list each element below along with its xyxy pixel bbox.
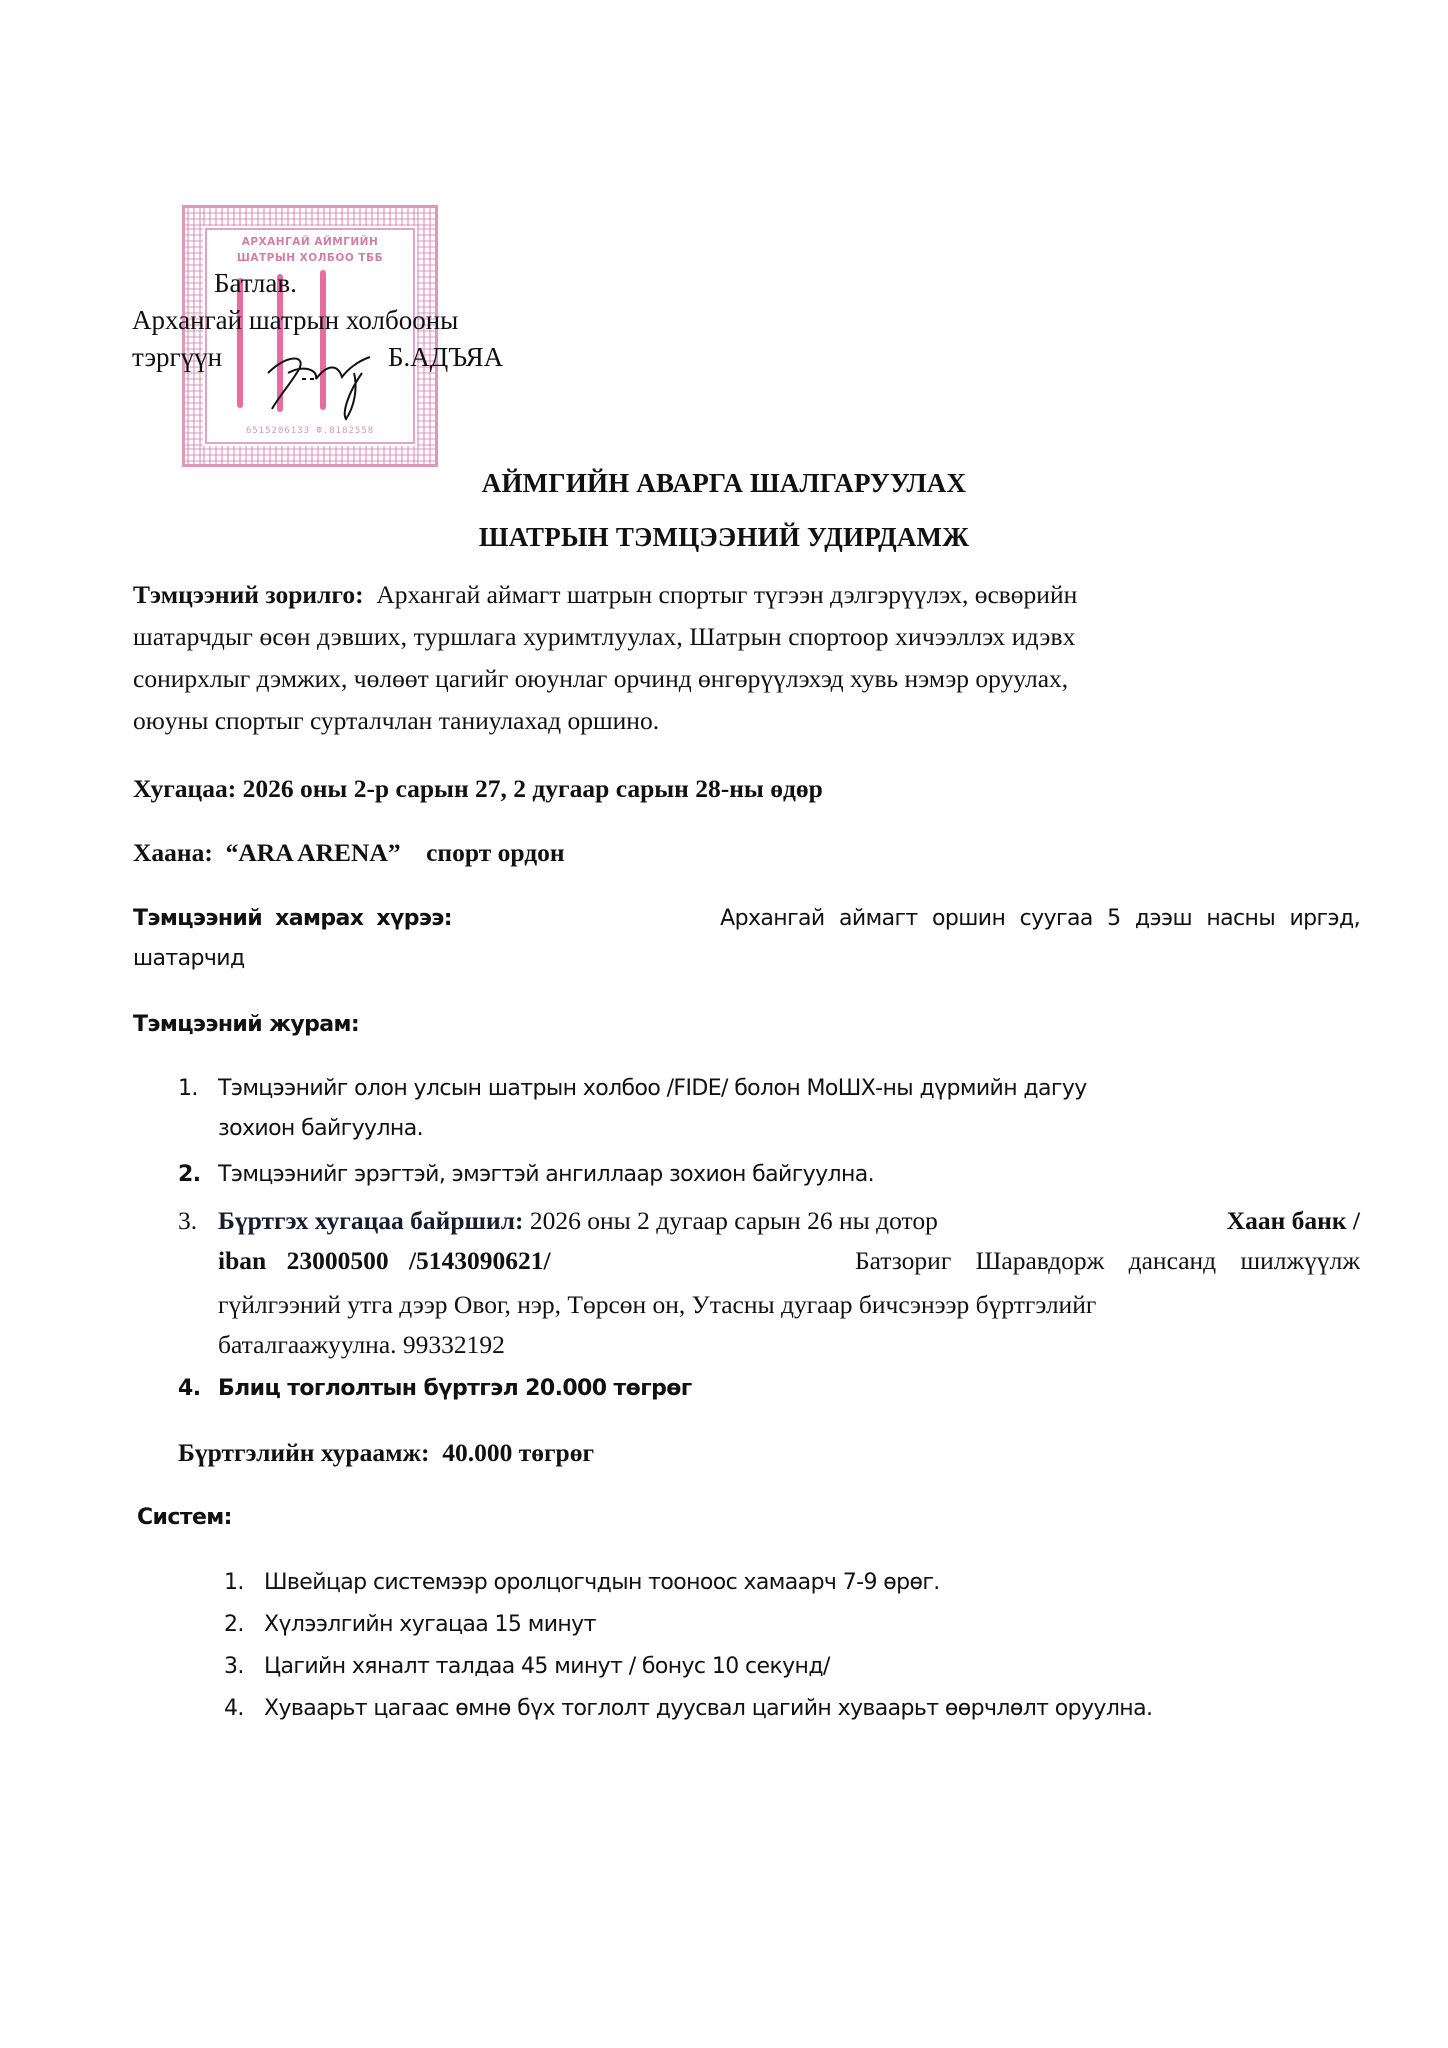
system-item-1-text: Швейцар системээр оролцогчдын тооноос ха… <box>264 1570 940 1595</box>
stamp-text-line2: ШАТРЫН ХОЛБОО ТББ <box>185 252 435 264</box>
iban-number: iban 23000500 /5143090621/ <box>218 1246 551 1276</box>
venue-text: спорт ордон <box>426 838 564 867</box>
procedure-item-3-line4: баталгаажуулна. 99332192 <box>218 1330 505 1360</box>
system-item-3-number: 3. <box>224 1654 244 1679</box>
system-item-4-number: 4. <box>224 1696 244 1721</box>
bank-name: Хаан банк / <box>1227 1206 1360 1236</box>
procedure-item-4-line1: Блиц тоглолтын бүртгэл 20.000 төгрөг <box>218 1376 692 1401</box>
registration-fee-value: 40.000 төгрөг <box>442 1438 594 1467</box>
procedure-item-1-line2: зохион байгуулна. <box>218 1116 423 1141</box>
purpose-label: Тэмцээний зорилго: <box>133 580 364 609</box>
system-item-2-number: 2. <box>224 1612 244 1637</box>
venue-label: Хаана: <box>133 838 213 867</box>
duration-value: 2026 оны 2-р сарын 27, 2 дугаар сарын 28… <box>243 774 823 803</box>
approval-role: тэргүүн <box>132 342 222 373</box>
venue-line: Хаана: “ARA ARENA” спорт ордон <box>133 838 565 868</box>
scope-text-line2: шатарчид <box>133 946 245 971</box>
purpose-text-line1: Архангай аймагт шатрын спортыг түгээн дэ… <box>376 580 1077 609</box>
procedure-item-1-number: 1. <box>178 1076 198 1101</box>
stamp-registration-number: 6515206133 Ф.8182558 <box>185 426 435 436</box>
procedure-item-3-line1: Бүртгэх хугацаа байршил: 2026 оны 2 дуга… <box>218 1206 1360 1236</box>
document-title-line2: ШАТРЫН ТЭМЦЭЭНИЙ УДИРДАМЖ <box>0 522 1448 553</box>
procedure-item-3-line3: гүйлгээний утга дээр Овог, нэр, Төрсөн о… <box>218 1290 1096 1320</box>
system-item-1-number: 1. <box>224 1570 244 1595</box>
scope-line1: Тэмцээний хамрах хүрээ: Архангай аймагт … <box>133 906 1360 931</box>
purpose-text-line4: оюуны спортыг сурталчлан таниулахад орши… <box>133 706 659 736</box>
procedure-item-1-line1: Тэмцээнийг олон улсын шатрын холбоо /FID… <box>218 1076 1087 1101</box>
scope-label: Тэмцээний хамрах хүрээ: <box>133 906 452 931</box>
purpose-text-line2: шатарчдыг өсөн дэвших, туршлага хуримтлу… <box>133 622 1076 652</box>
registration-fee-label: Бүртгэлийн хураамж: <box>178 1438 429 1467</box>
procedure-item-2-number: 2. <box>178 1162 200 1187</box>
approval-organization: Архангай шатрын холбооны <box>132 305 458 336</box>
purpose-line1: Тэмцээний зорилго: Архангай аймагт шатры… <box>133 580 1077 610</box>
system-item-2-text: Хүлээлгийн хугацаа 15 минут <box>264 1612 596 1637</box>
stamp-text-line1: АРХАНГАЙ АЙМГИЙН <box>185 236 435 248</box>
duration-label: Хугацаа: <box>133 774 236 803</box>
registration-label: Бүртгэх хугацаа байршил: <box>218 1206 524 1235</box>
system-item-4-text: Хуваарьт цагаас өмнө бүх тоглолт дуусвал… <box>264 1696 1152 1721</box>
system-item-3-text: Цагийн хяналт талдаа 45 минут / бонус 10… <box>264 1654 830 1679</box>
purpose-text-line3: сонирхлыг дэмжих, чөлөөт цагийг оюунлаг … <box>133 664 1068 694</box>
venue-name: “ARA ARENA” <box>226 838 401 867</box>
procedure-item-3-line2: iban 23000500 /5143090621/ Батзориг Шара… <box>218 1246 1360 1276</box>
system-heading: Систем: <box>137 1505 232 1530</box>
signature-icon <box>258 343 408 423</box>
account-holder: Батзориг Шаравдорж дансанд шилжүүлж <box>855 1246 1360 1276</box>
approval-label: Батлав. <box>214 268 297 299</box>
procedure-heading: Тэмцээний журам: <box>133 1012 359 1037</box>
procedure-item-3-number: 3. <box>178 1206 197 1236</box>
procedure-item-2-line1: Тэмцээнийг эрэгтэй, эмэгтэй ангиллаар зо… <box>218 1162 874 1187</box>
registration-fee-line: Бүртгэлийн хураамж: 40.000 төгрөг <box>178 1438 594 1468</box>
document-title-line1: АЙМГИЙН АВАРГА ШАЛГАРУУЛАХ <box>0 468 1448 499</box>
registration-deadline: 2026 оны 2 дугаар сарын 26 ны дотор <box>530 1206 938 1235</box>
official-stamp: АРХАНГАЙ АЙМГИЙН ШАТРЫН ХОЛБОО ТББ 65152… <box>182 205 438 467</box>
procedure-item-4-number: 4. <box>178 1376 200 1401</box>
duration-line: Хугацаа: 2026 оны 2-р сарын 27, 2 дугаар… <box>133 774 823 804</box>
scope-text-line1: Архангай аймагт оршин суугаа 5 дээш насн… <box>720 906 1360 931</box>
